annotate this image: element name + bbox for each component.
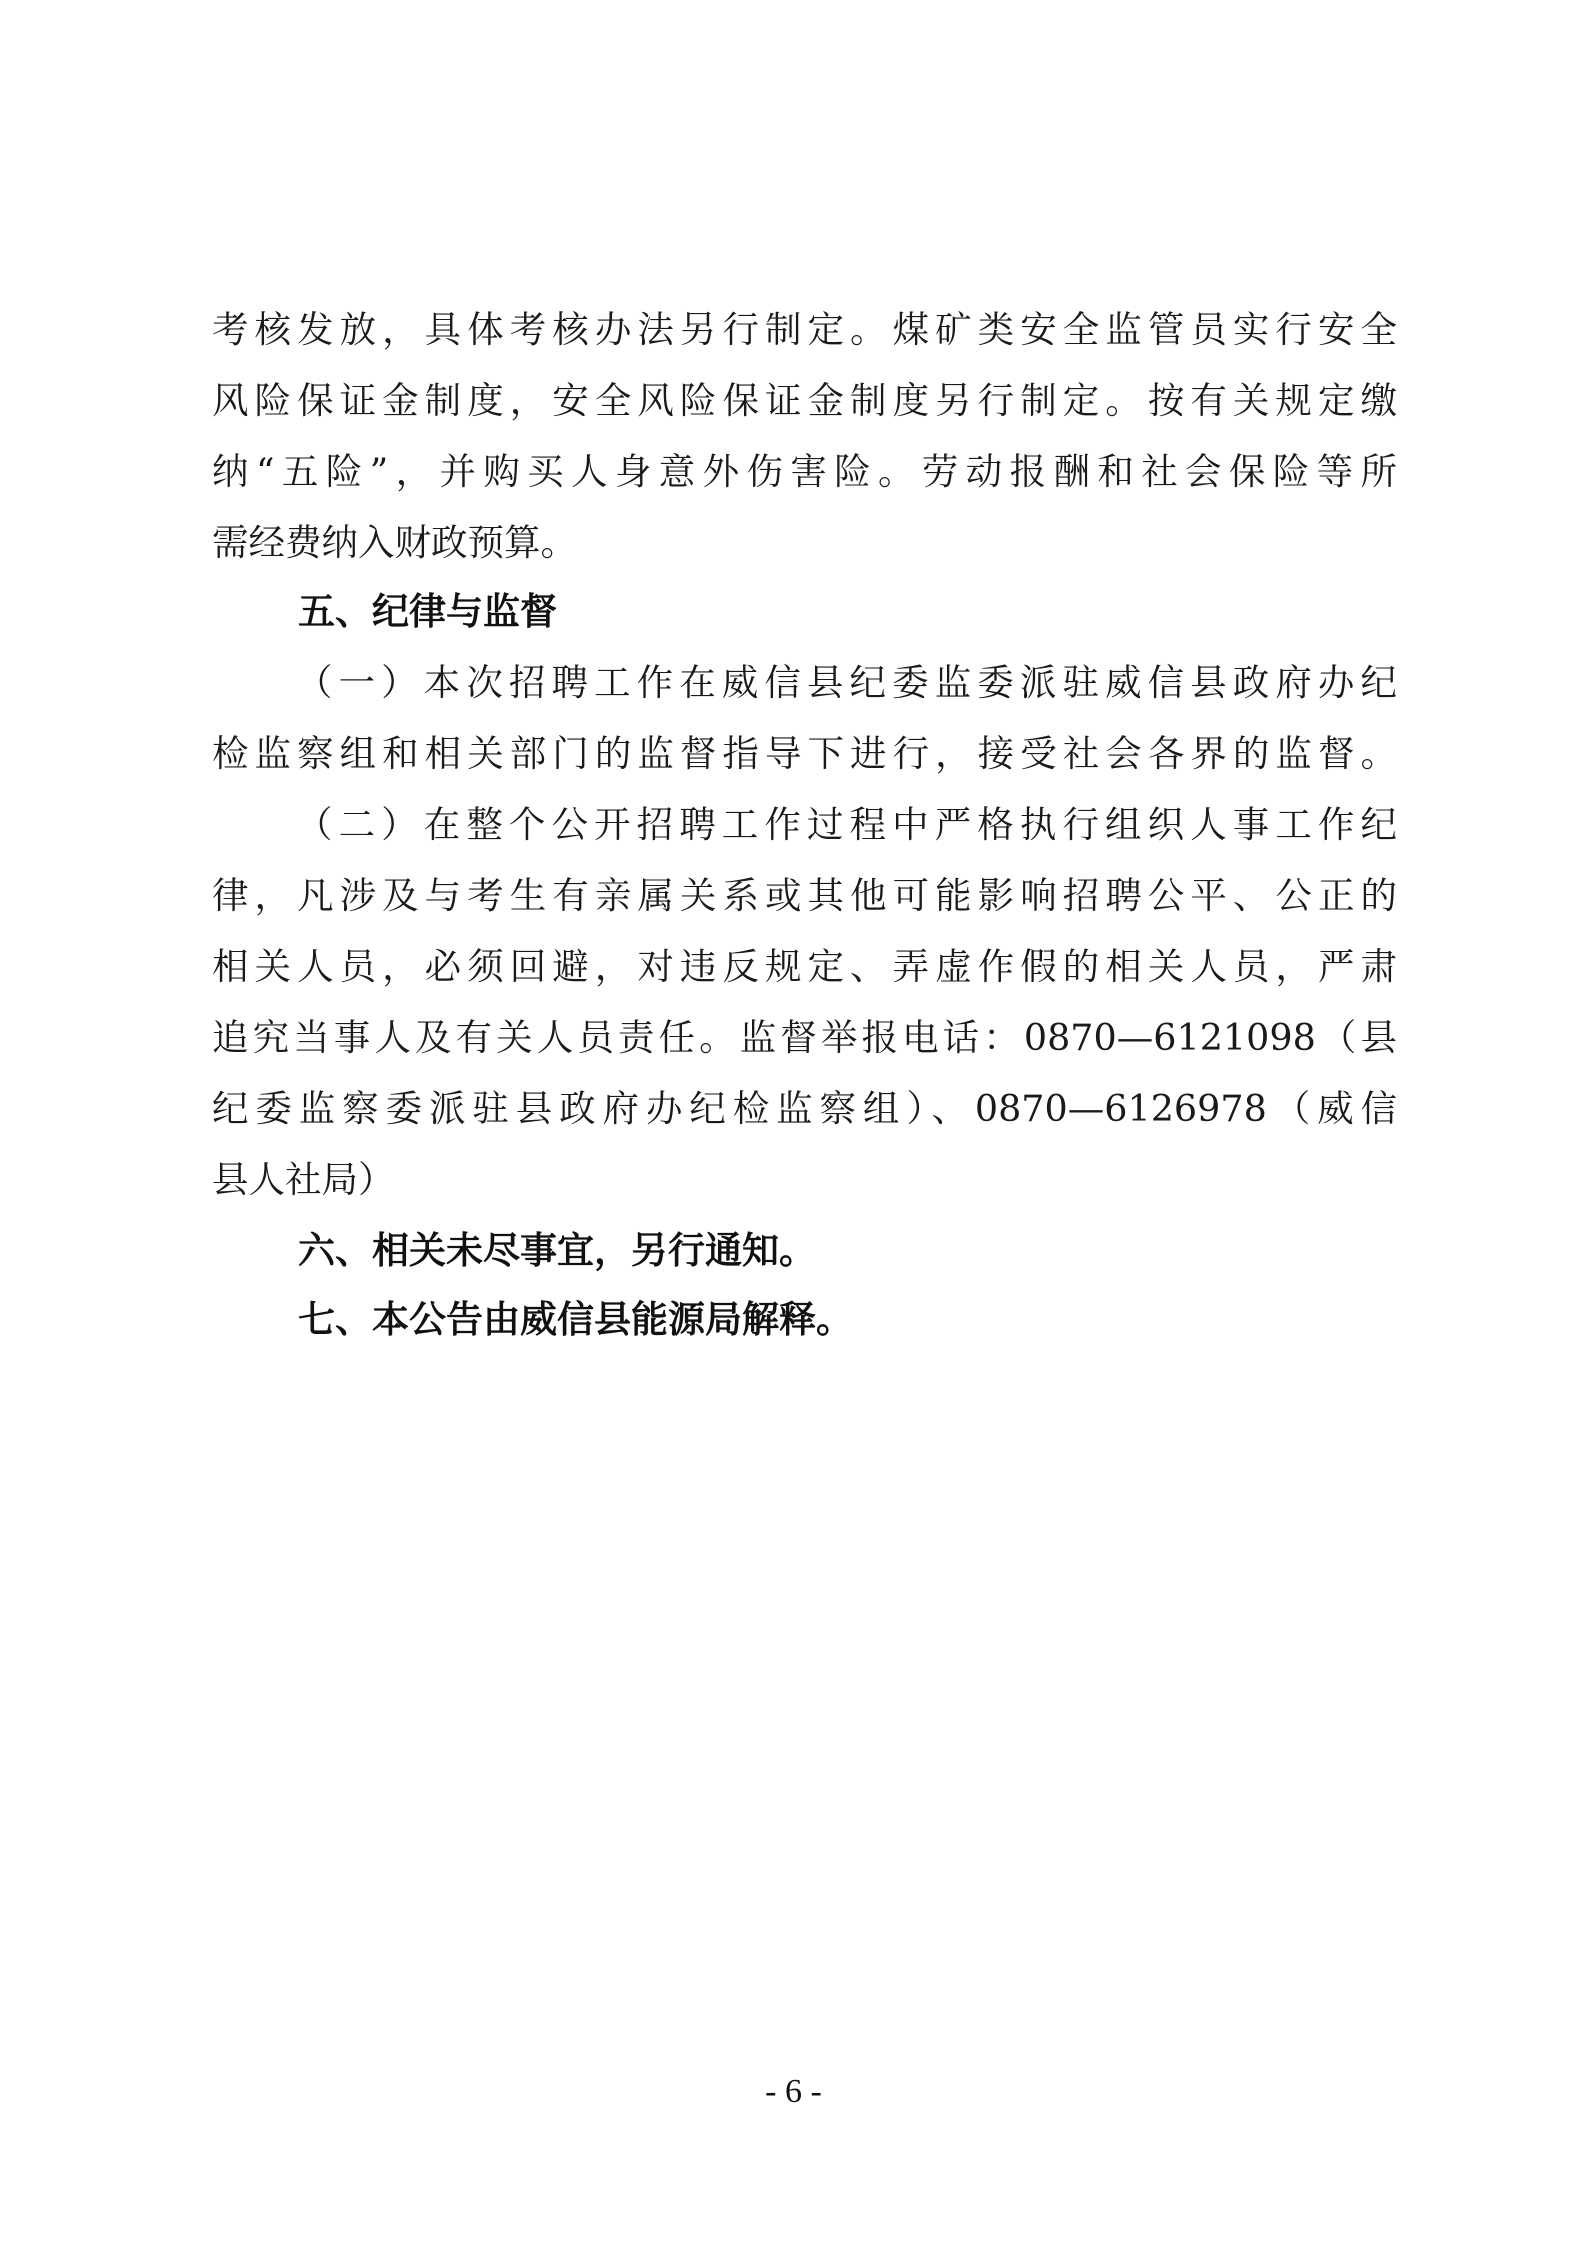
section-heading-7: 七、本公告由威信县能源局解释。 xyxy=(298,1290,853,1350)
body-text-line: 纳“五险”，并购买人身意外伤害险。劳动报酬和社会保险等所 xyxy=(212,442,1397,502)
body-text-line: 律，凡涉及与考生有亲属关系或其他可能影响招聘公平、公正的 xyxy=(212,866,1397,926)
section-heading-5: 五、纪律与监督 xyxy=(298,582,557,642)
section-heading-6: 六、相关未尽事宜，另行通知。 xyxy=(298,1221,816,1281)
body-text-line: 需经费纳入财政预算。 xyxy=(212,513,1397,573)
body-text-line: 追究当事人及有关人员责任。监督举报电话：0870—6121098（县 xyxy=(212,1008,1397,1068)
body-text-line: 县人社局） xyxy=(212,1150,1397,1210)
body-text-line: 相关人员，必须回避，对违反规定、弄虚作假的相关人员，严肃 xyxy=(212,937,1397,997)
page-number: - 6 - xyxy=(0,2073,1587,2111)
document-page: 考核发放，具体考核办法另行制定。煤矿类安全监管员实行安全 风险保证金制度，安全风… xyxy=(0,0,1587,2245)
body-text-line: 考核发放，具体考核办法另行制定。煤矿类安全监管员实行安全 xyxy=(212,300,1397,360)
body-text-line: 纪委监察委派驻县政府办纪检监察组）、0870—6126978（威信 xyxy=(212,1079,1397,1139)
body-text-line: 风险保证金制度，安全风险保证金制度另行制定。按有关规定缴 xyxy=(212,371,1397,431)
body-text-line: 检监察组和相关部门的监督指导下进行，接受社会各界的监督。 xyxy=(212,724,1397,784)
body-text-line: （一）本次招聘工作在威信县纪委监委派驻威信县政府办纪 xyxy=(296,653,1397,713)
body-text-line: （二）在整个公开招聘工作过程中严格执行组织人事工作纪 xyxy=(296,795,1397,855)
